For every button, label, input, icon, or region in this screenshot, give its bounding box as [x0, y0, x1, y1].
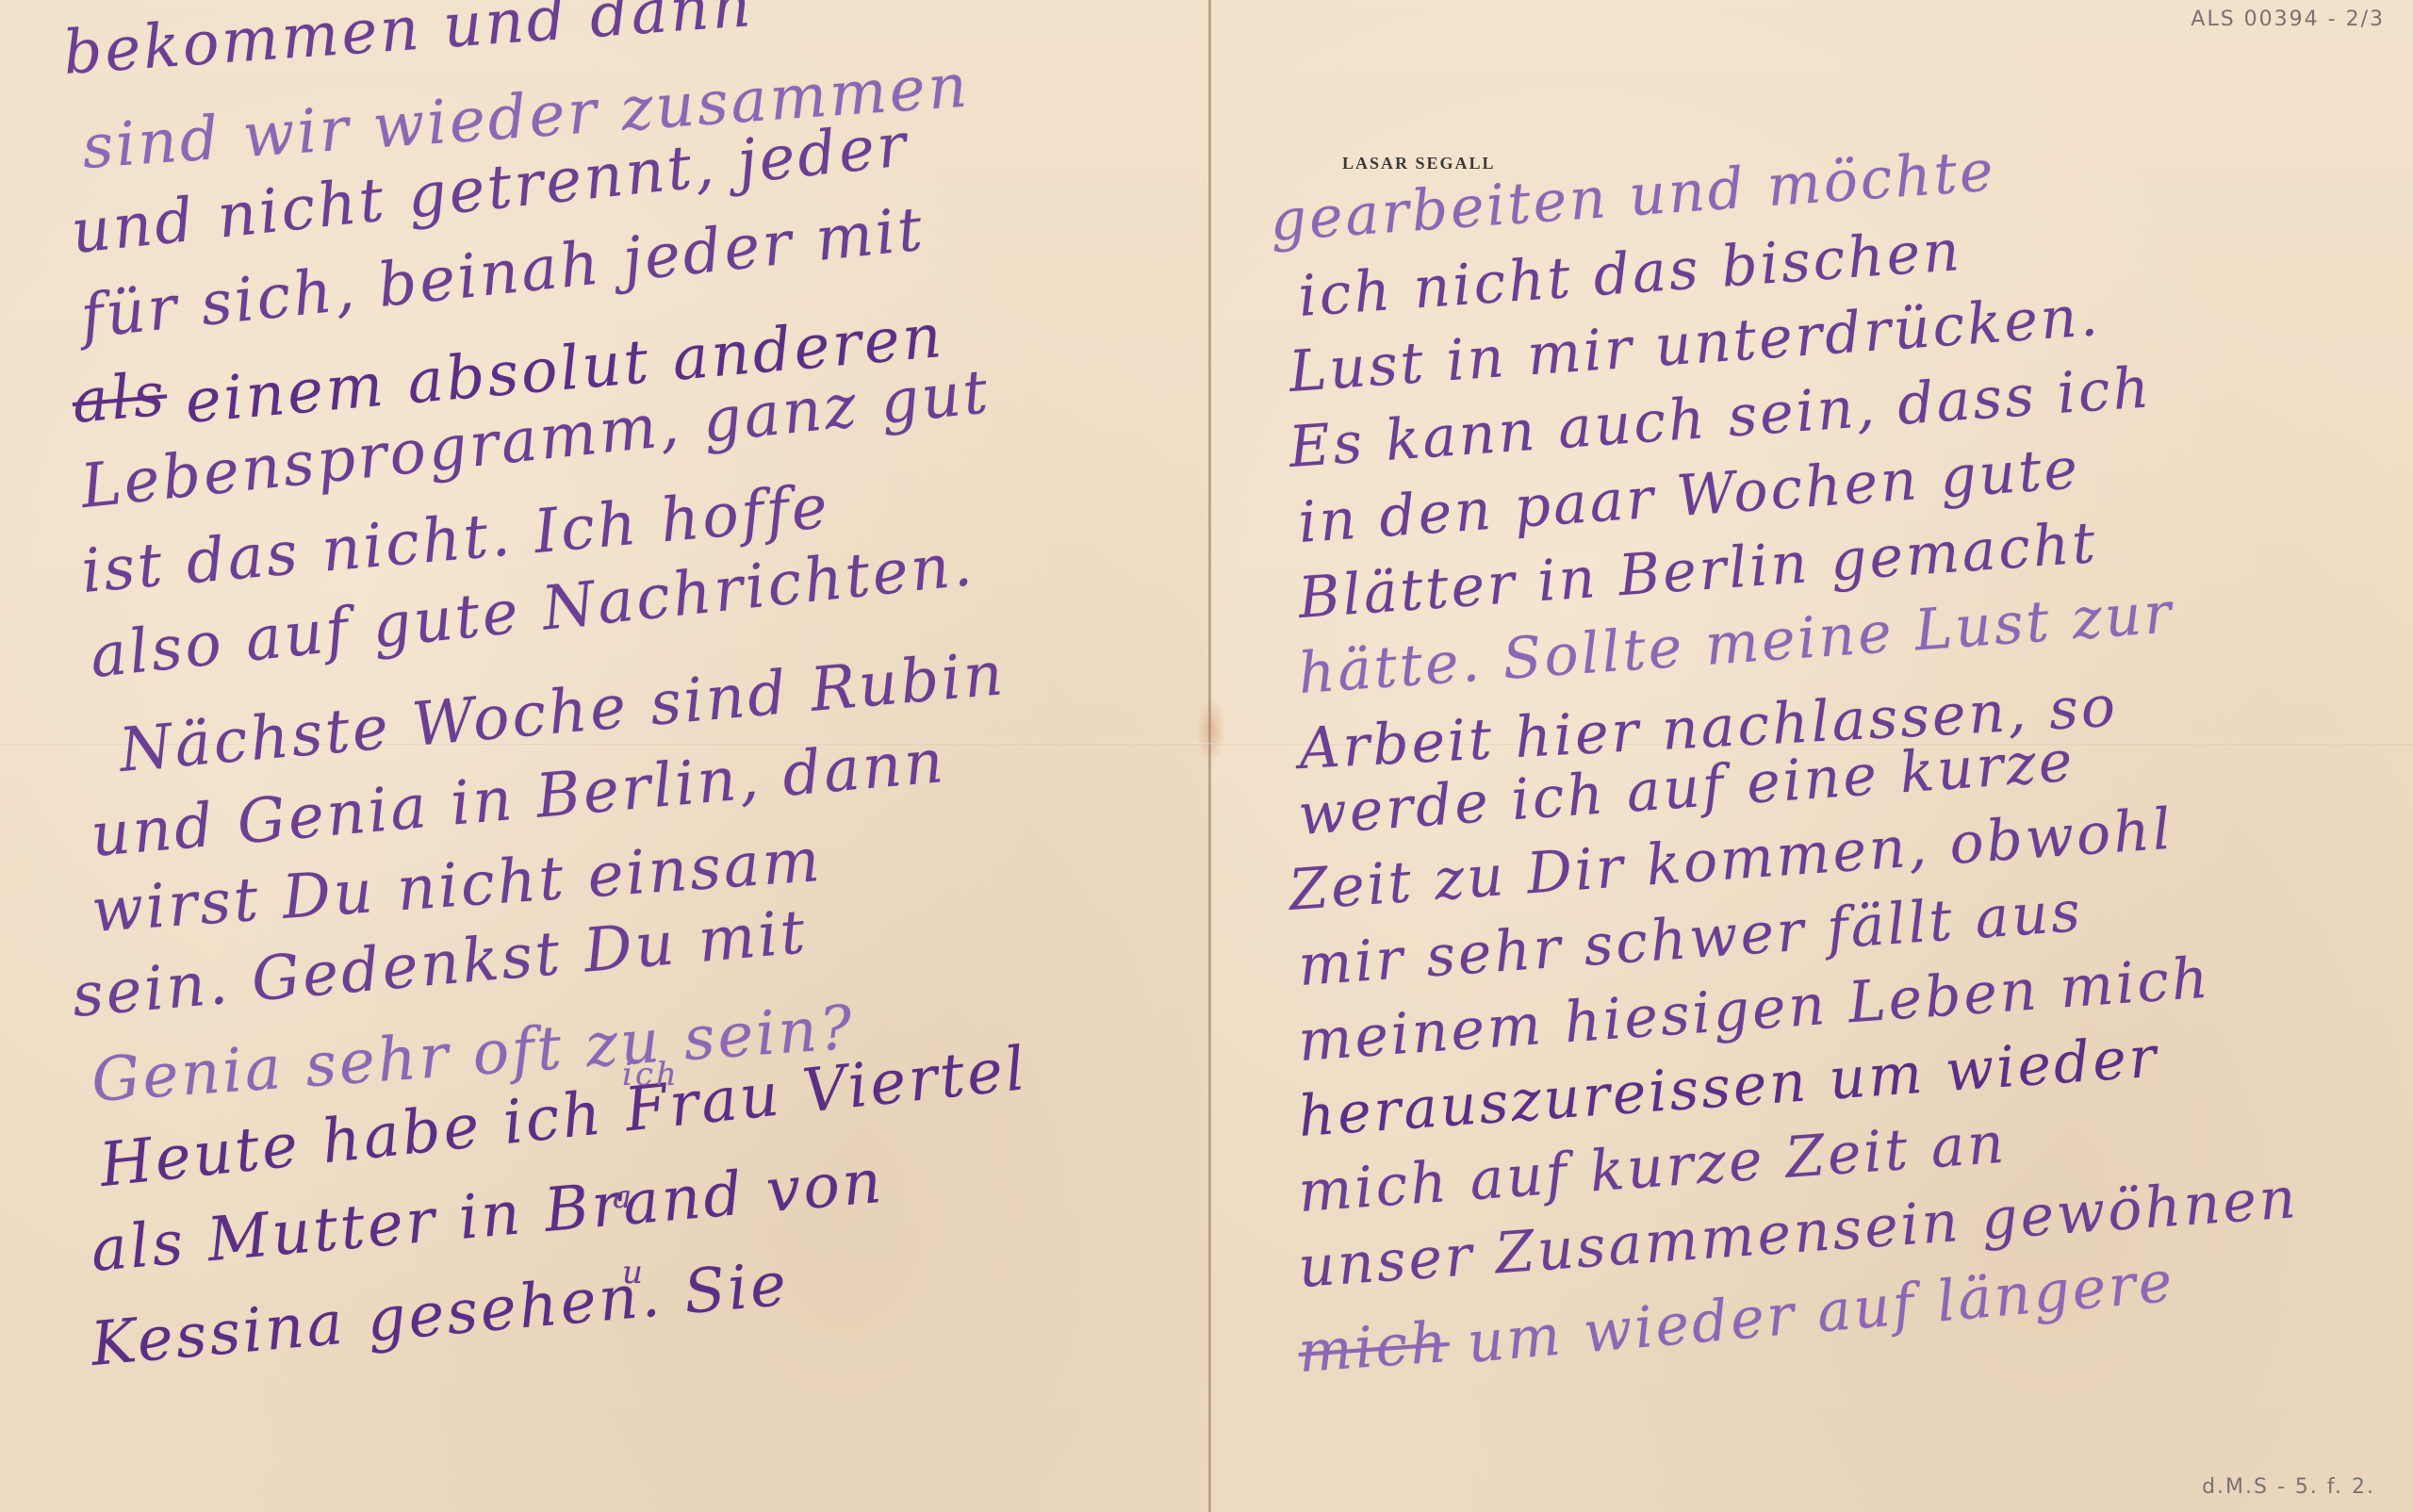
fold-stain	[1197, 698, 1225, 764]
struck-word: als	[70, 360, 171, 437]
letterhead: LASAR SEGALL	[1342, 154, 1496, 173]
inserted-word: ich	[622, 1056, 680, 1093]
archive-reference-bottom: d.M.S - 5. f. 2.	[2202, 1475, 2375, 1499]
struck-word: mich	[1296, 1309, 1452, 1386]
handwritten-line: mich	[1296, 1309, 1452, 1386]
inserted-word: u	[622, 1254, 646, 1291]
inserted-word: a	[613, 1178, 634, 1216]
archive-reference-top: ALS 00394 - 2/3	[2191, 8, 2385, 31]
handwritten-line: als	[70, 360, 171, 437]
